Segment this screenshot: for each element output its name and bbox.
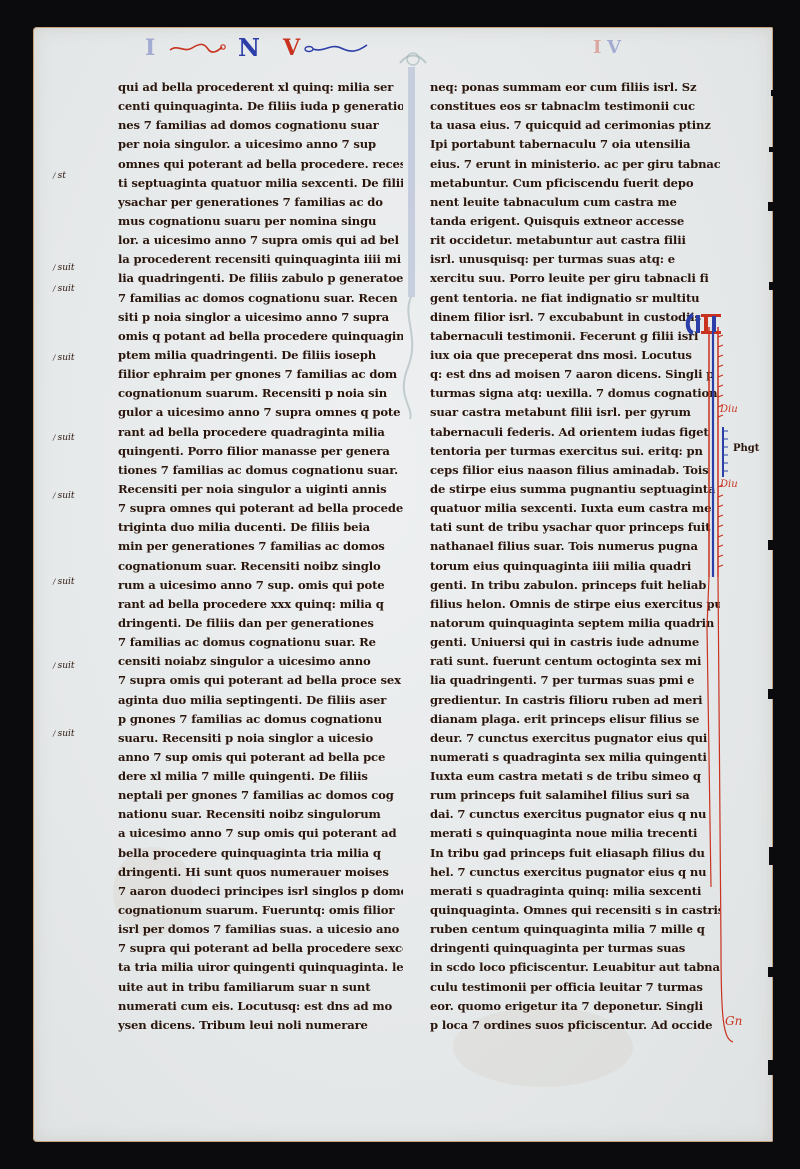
text-column-left: qui ad bella procederent xl quinq: milia… [118, 78, 403, 1035]
text-line: dringenti. De filiis dan per generatione… [118, 614, 403, 633]
edge-nick [768, 202, 778, 211]
text-line: dringenti. Hi sunt quos numerauer moises [118, 863, 403, 882]
text-line: ta uasa eius. 7 quicquid ad cerimonias p… [430, 116, 720, 135]
text-line: 7 familias ac domos cognationu suar. Rec… [118, 289, 403, 308]
text-line: 7 supra qui poterant ad bella procedere … [118, 939, 403, 958]
text-line: cognationum suarum. Fueruntq: omis filio… [118, 901, 403, 920]
text-line: tati sunt de tribu ysachar quor princeps… [430, 518, 720, 537]
margin-note: suit [53, 661, 75, 671]
running-head-letter: I [145, 37, 155, 59]
blue-flourish-icon [303, 41, 373, 55]
text-line: a uicesimo anno 7 sup omis qui poterant … [118, 824, 403, 843]
text-line: suaru. Recensiti p noia singlor a uicesi… [118, 729, 403, 748]
text-line: tiones 7 familias ac domus cognationu su… [118, 461, 403, 480]
margin-note: suit [53, 433, 75, 443]
margin-note: st [53, 171, 66, 181]
text-line: eor. quomo erigetur ita 7 deponetur. Sin… [430, 997, 720, 1016]
text-line: rati sunt. fuerunt centum octoginta sex … [430, 652, 720, 671]
text-line: dere xl milia 7 mille quingenti. De fili… [118, 767, 403, 786]
margin-note: suit [53, 284, 75, 294]
text-line: lia quadringenti. 7 per turmas suas pmi … [430, 671, 720, 690]
text-line: tentoria per turmas exercitus sui. eritq… [430, 442, 720, 461]
text-line: quatuor milia sexcenti. Iuxta eum castra… [430, 499, 720, 518]
text-line: filior ephraim per gnones 7 familias ac … [118, 365, 403, 384]
text-line: quingenti. Porro filior manasse per gene… [118, 442, 403, 461]
edge-nick [768, 689, 778, 699]
text-line: nationu suar. Recensiti noibz singulorum [118, 805, 403, 824]
text-line: metabuntur. Cum pficiscendu fuerit depo [430, 174, 720, 193]
text-line: ti septuaginta quatuor milia sexcenti. D… [118, 174, 403, 193]
text-line: siti p noia singlor a uicesimo anno 7 su… [118, 308, 403, 327]
text-line: isrl per domos 7 familias suas. a uicesi… [118, 920, 403, 939]
edge-nick [769, 847, 779, 865]
edge-nick [768, 1060, 778, 1075]
text-line: lor. a uicesimo anno 7 supra omis qui ad… [118, 231, 403, 250]
text-line: gredientur. In castris filioru ruben ad … [430, 691, 720, 710]
edge-nick [768, 540, 778, 550]
text-line: nathanael filius suar. Tois numerus pugn… [430, 537, 720, 556]
edge-nick [768, 967, 778, 977]
text-line: qui ad bella procederent xl quinq: milia… [118, 78, 403, 97]
text-line: tabernaculi federis. Ad orientem iudas f… [430, 423, 720, 442]
text-line: censiti noiabz singulor a uicesimo anno [118, 652, 403, 671]
text-line: nes 7 familias ad domos cognationu suar [118, 116, 403, 135]
text-column-right: neq: ponas summam eor cum filiis isrl. S… [430, 78, 720, 1035]
text-line: rum a uicesimo anno 7 sup. omis qui pote [118, 576, 403, 595]
text-line: merati s quadraginta quinq: milia sexcen… [430, 882, 720, 901]
text-line: p loca 7 ordines suos pficiscentur. Ad o… [430, 1016, 720, 1035]
text-line: 7 supra omis qui poterant ad bella proce… [118, 671, 403, 690]
margin-note-red: Diu [720, 479, 738, 490]
text-line: Iuxta eum castra metati s de tribu simeo… [430, 767, 720, 786]
text-line: iux oia que preceperat dns mosi. Locutus [430, 346, 720, 365]
edge-nick [769, 282, 779, 290]
text-line: ceps filior eius naason filius aminadab.… [430, 461, 720, 480]
text-line: In tribu gad princeps fuit eliasaph fili… [430, 844, 720, 863]
text-line: rum princeps fuit salamihel filius suri … [430, 786, 720, 805]
text-line: omis q potant ad bella procedere quinqua… [118, 327, 403, 346]
catchword-flourish: Gn [725, 1014, 742, 1028]
text-line: 7 familias ac domus cognationu suar. Re [118, 633, 403, 652]
text-line: aginta duo milia septingenti. De filiis … [118, 691, 403, 710]
text-line: uite aut in tribu familiarum suar n sunt [118, 978, 403, 997]
margin-note: suit [53, 729, 75, 739]
text-line: neptali per gnones 7 familias ac domos c… [118, 786, 403, 805]
text-line: 7 aaron duodeci principes isrl singlos p… [118, 882, 403, 901]
text-line: lia quadringenti. De filiis zabulo p gen… [118, 269, 403, 288]
text-line: dinem filior isrl. 7 excubabunt in custo… [430, 308, 720, 327]
text-line: genti. In tribu zabulon. princeps fuit h… [430, 576, 720, 595]
text-line: numerati s quadraginta sex milia quingen… [430, 748, 720, 767]
text-line: eius. 7 erunt in ministerio. ac per giru… [430, 155, 720, 174]
text-line: hel. 7 cunctus exercitus pugnator eius q… [430, 863, 720, 882]
text-line: deur. 7 cunctus exercitus pugnator eius … [430, 729, 720, 748]
text-line: de stirpe eius summa pugnantiu septuagin… [430, 480, 720, 499]
penwork-flourish-icon [703, 327, 763, 1067]
text-line: turmas signa atq: uexilla. 7 domus cogna… [430, 384, 720, 403]
text-line: cognationum suar. Recensiti noibz singlo [118, 557, 403, 576]
text-line: per noia singulor. a uicesimo anno 7 sup [118, 135, 403, 154]
text-line: xercitu suu. Porro leuite per giru tabna… [430, 269, 720, 288]
text-line: q: est dns ad moisen 7 aaron dicens. Sin… [430, 365, 720, 384]
text-line: anno 7 sup omis qui poterant ad bella pc… [118, 748, 403, 767]
text-line: tabernaculi testimonii. Fecerunt g filii… [430, 327, 720, 346]
text-line: dringenti quinquaginta per turmas suas [430, 939, 720, 958]
text-line: numerati cum eis. Locutusq: est dns ad m… [118, 997, 403, 1016]
text-line: torum eius quinquaginta iiii milia quadr… [430, 557, 720, 576]
text-line: p gnones 7 familias ac domus cognationu [118, 710, 403, 729]
margin-note: suit [53, 577, 75, 587]
margin-note: suit [53, 353, 75, 363]
text-line: constitues eos sr tabnaclm testimonii cu… [430, 97, 720, 116]
text-line: genti. Uniuersi qui in castris iude adnu… [430, 633, 720, 652]
text-line: rant ad bella procedere xxx quinq: milia… [118, 595, 403, 614]
text-line: rit occidetur. metabuntur aut castra fil… [430, 231, 720, 250]
running-head-left: I N V [133, 37, 393, 61]
text-line: tanda erigent. Quisquis extneor accesse [430, 212, 720, 231]
text-line: la procederent recensiti quinquaginta ii… [118, 250, 403, 269]
text-line: 7 supra omnes qui poterant ad bella proc… [118, 499, 403, 518]
text-line: ptem milia quadringenti. De filiis iosep… [118, 346, 403, 365]
margin-note: suit [53, 491, 75, 501]
text-line: bella procedere quinquaginta tria milia … [118, 844, 403, 863]
text-line: min per generationes 7 familias ac domos [118, 537, 403, 556]
manuscript-leaf: I N V I V st suit suit suit suit suit su… [33, 27, 773, 1142]
text-line: triginta duo milia ducenti. De filiis be… [118, 518, 403, 537]
text-line: suar castra metabunt filii isrl. per gyr… [430, 403, 720, 422]
text-line: centi quinquaginta. De filiis iuda p gen… [118, 97, 403, 116]
text-line: filius helon. Omnis de stirpe eius exerc… [430, 595, 720, 614]
margin-note-black: Phgt [733, 443, 759, 454]
text-line: in scdo loco pficiscentur. Leuabitur aut… [430, 958, 720, 977]
red-flourish-icon [168, 41, 228, 55]
edge-nick [771, 90, 781, 96]
text-line: nent leuite tabnaculum cum castra me [430, 193, 720, 212]
text-line: neq: ponas summam eor cum filiis isrl. S… [430, 78, 720, 97]
text-line: Recensiti per noia singulor a uiginti an… [118, 480, 403, 499]
text-line: culu testimonii per officia leuitar 7 tu… [430, 978, 720, 997]
margin-note-red: Diu [720, 404, 738, 415]
text-line: rant ad bella procedere quadraginta mili… [118, 423, 403, 442]
running-head-right: I V [593, 37, 653, 61]
text-line: Ipi portabunt tabernaculu 7 oia utensili… [430, 135, 720, 154]
text-line: ysen dicens. Tribum leui noli numerare [118, 1016, 403, 1035]
text-line: quinquaginta. Omnes qui recensiti s in c… [430, 901, 720, 920]
edge-nick [769, 147, 779, 152]
text-line: mus cognationu suaru per nomina singu [118, 212, 403, 231]
text-line: natorum quinquaginta septem milia quadri… [430, 614, 720, 633]
text-line: gent tentoria. ne fiat indignatio sr mul… [430, 289, 720, 308]
text-line: omnes qui poterant ad bella procedere. r… [118, 155, 403, 174]
text-line: gulor a uicesimo anno 7 supra omnes q po… [118, 403, 403, 422]
text-line: cognationum suarum. Recensiti p noia sin [118, 384, 403, 403]
running-head-letter: V [607, 37, 621, 59]
text-line: merati s quinquaginta noue milia trecent… [430, 824, 720, 843]
text-line: isrl. unusquisq: per turmas suas atq: e [430, 250, 720, 269]
text-line: dai. 7 cunctus exercitus pugnator eius q… [430, 805, 720, 824]
text-line: ysachar per generationes 7 familias ac d… [118, 193, 403, 212]
text-line: ruben centum quinquaginta milia 7 mille … [430, 920, 720, 939]
text-line: dianam plaga. erit princeps elisur filiu… [430, 710, 720, 729]
running-head-letter: N [238, 37, 260, 59]
running-head-letter: V [283, 37, 300, 59]
running-head-letter: I [593, 37, 601, 59]
margin-note: suit [53, 263, 75, 273]
text-line: ta tria milia uiror quingenti quinquagin… [118, 958, 403, 977]
